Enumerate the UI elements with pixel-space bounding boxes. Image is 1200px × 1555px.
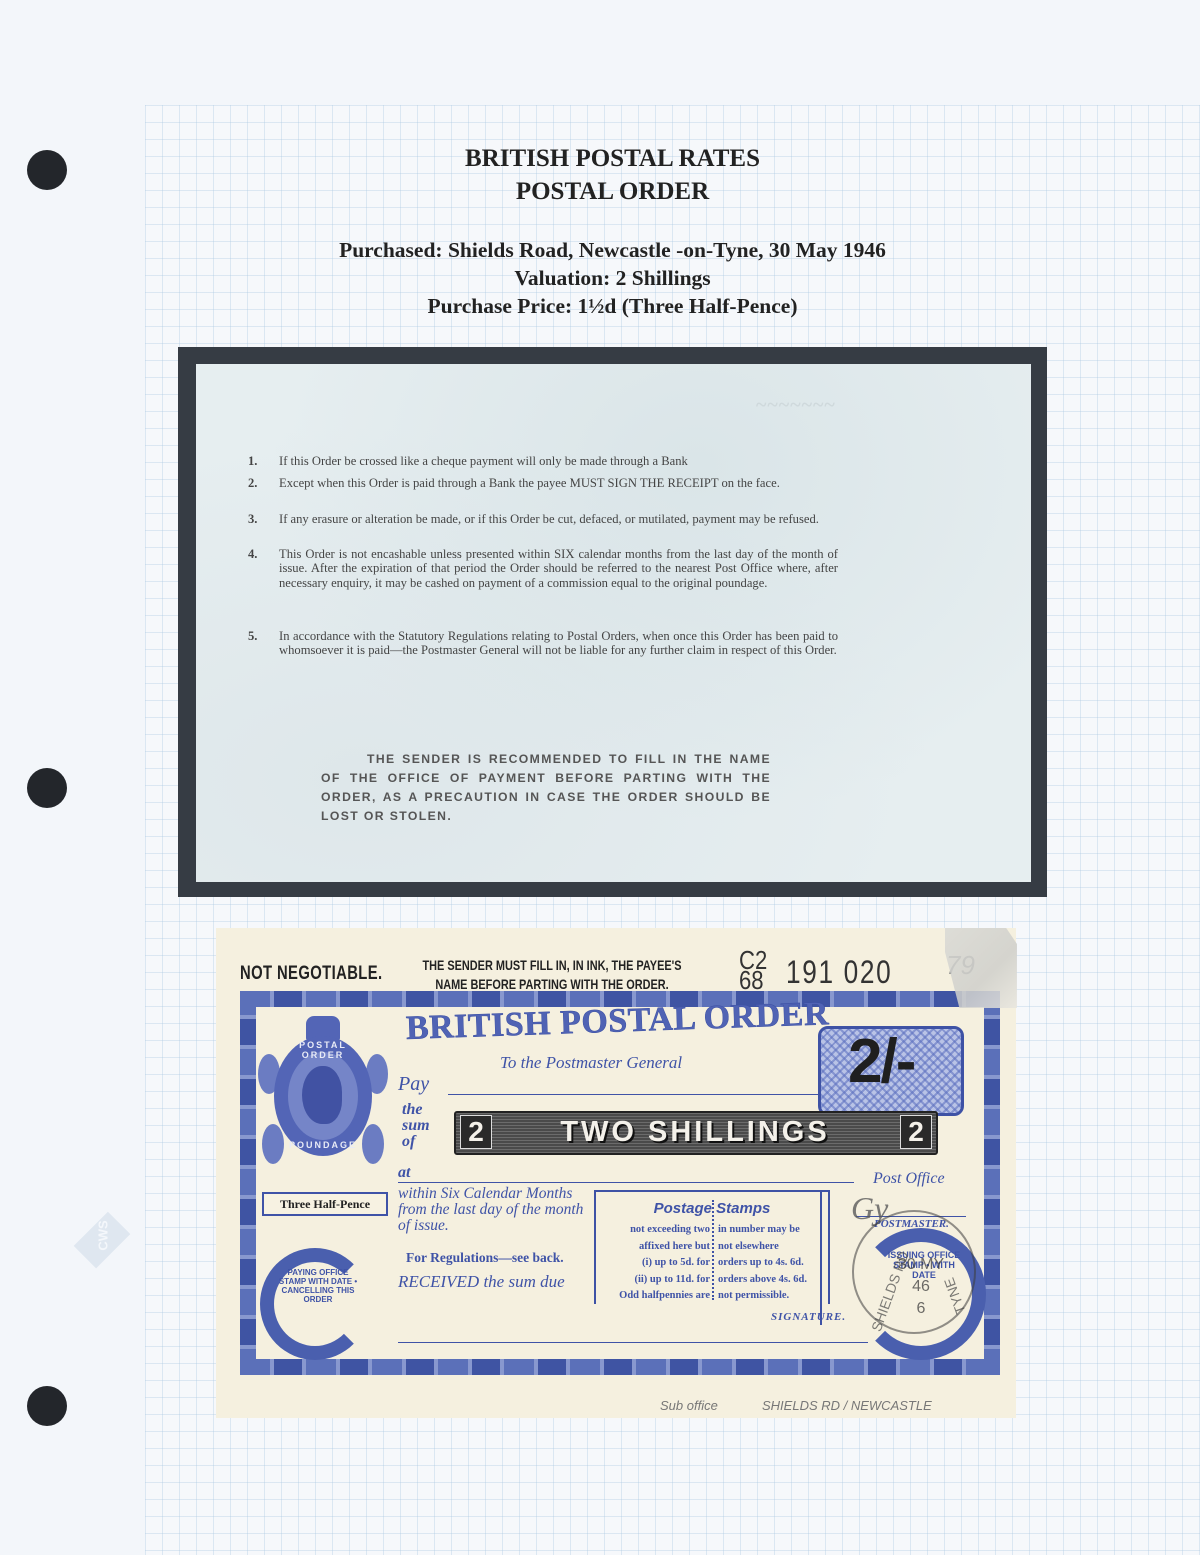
postal-order-front: NOT NEGOTIABLE. THE SENDER MUST FILL IN,…: [216, 928, 1016, 1418]
binder-hole: [27, 1386, 67, 1426]
page-title: BRITISH POSTAL RATES: [0, 145, 1200, 173]
value-amount: 2/-: [848, 1026, 914, 1097]
amount-banner: 2 TWO SHILLINGS 2: [454, 1111, 938, 1155]
pay-label: Pay: [398, 1073, 429, 1096]
purchase-price: Purchase Price: 1½d (Three Half-Pence): [0, 294, 1200, 319]
office-of-payment-field[interactable]: [398, 1182, 854, 1183]
valuation: Valuation: 2 Shillings: [0, 266, 1200, 291]
post-office-label: Post Office: [873, 1170, 945, 1188]
regulations-note: For Regulations—see back.: [406, 1250, 564, 1266]
regulation-item: 5. In accordance with the Statutory Regu…: [248, 629, 838, 658]
order-subheading: To the Postmaster General: [500, 1053, 682, 1073]
paying-office-stamp-ring: [260, 1248, 370, 1360]
sender-instruction: THE SENDER MUST FILL IN, IN INK, THE PAY…: [396, 956, 708, 994]
poundage-label: Three Half-Pence: [262, 1192, 388, 1216]
purchase-details: Purchased: Shields Road, Newcastle -on-T…: [0, 238, 1200, 263]
received-label: RECEIVED the sum due: [398, 1272, 565, 1292]
pencil-note: Sub office: [660, 1398, 718, 1413]
border-right: [984, 991, 1000, 1375]
regulation-item: 4. This Order is not encashable unless p…: [248, 547, 838, 590]
border-bottom: [240, 1359, 1000, 1375]
paying-office-stamp-text: PAYING OFFICE STAMP WITH DATE • CANCELLI…: [276, 1268, 360, 1304]
postal-order-back: ~~~~~~~ 1. If this Order be crossed like…: [196, 364, 1031, 882]
page-subtitle: POSTAL ORDER: [0, 178, 1200, 206]
king-portrait-crest: POSTAL ORDER POUNDAGE: [258, 1014, 388, 1184]
border-left: [240, 991, 256, 1375]
validity-note: within Six Calendar Months from the last…: [398, 1186, 598, 1234]
signature-label: SIGNATURE.: [771, 1311, 846, 1323]
sender-recommendation: THE SENDER IS RECOMMENDED TO FILL IN THE…: [321, 750, 771, 826]
serial-prefix: C2 68: [739, 950, 767, 990]
sum-of-label: the sum of: [402, 1102, 430, 1150]
payee-signature-field[interactable]: [398, 1342, 868, 1343]
postage-stamps-box: Postage Stamps not exceeding two affixed…: [594, 1190, 830, 1304]
watermark-logo: CWS: [80, 1210, 110, 1270]
payee-field[interactable]: [448, 1094, 818, 1095]
at-label: at: [398, 1164, 410, 1182]
binder-hole: [27, 768, 67, 808]
regulation-item: 1. If this Order be crossed like a chequ…: [248, 454, 838, 468]
pencil-note: SHIELDS RD / NEWCASTLE: [762, 1398, 932, 1413]
king-head-icon: [302, 1066, 342, 1124]
show-through-text: ~~~~~~~: [756, 394, 836, 417]
regulation-item: 3. If any erasure or alteration be made,…: [248, 512, 838, 526]
serial-number: 191 020: [786, 954, 892, 991]
not-negotiable-label: NOT NEGOTIABLE.: [240, 963, 383, 985]
regulation-item: 2. Except when this Order is paid throug…: [248, 476, 838, 490]
